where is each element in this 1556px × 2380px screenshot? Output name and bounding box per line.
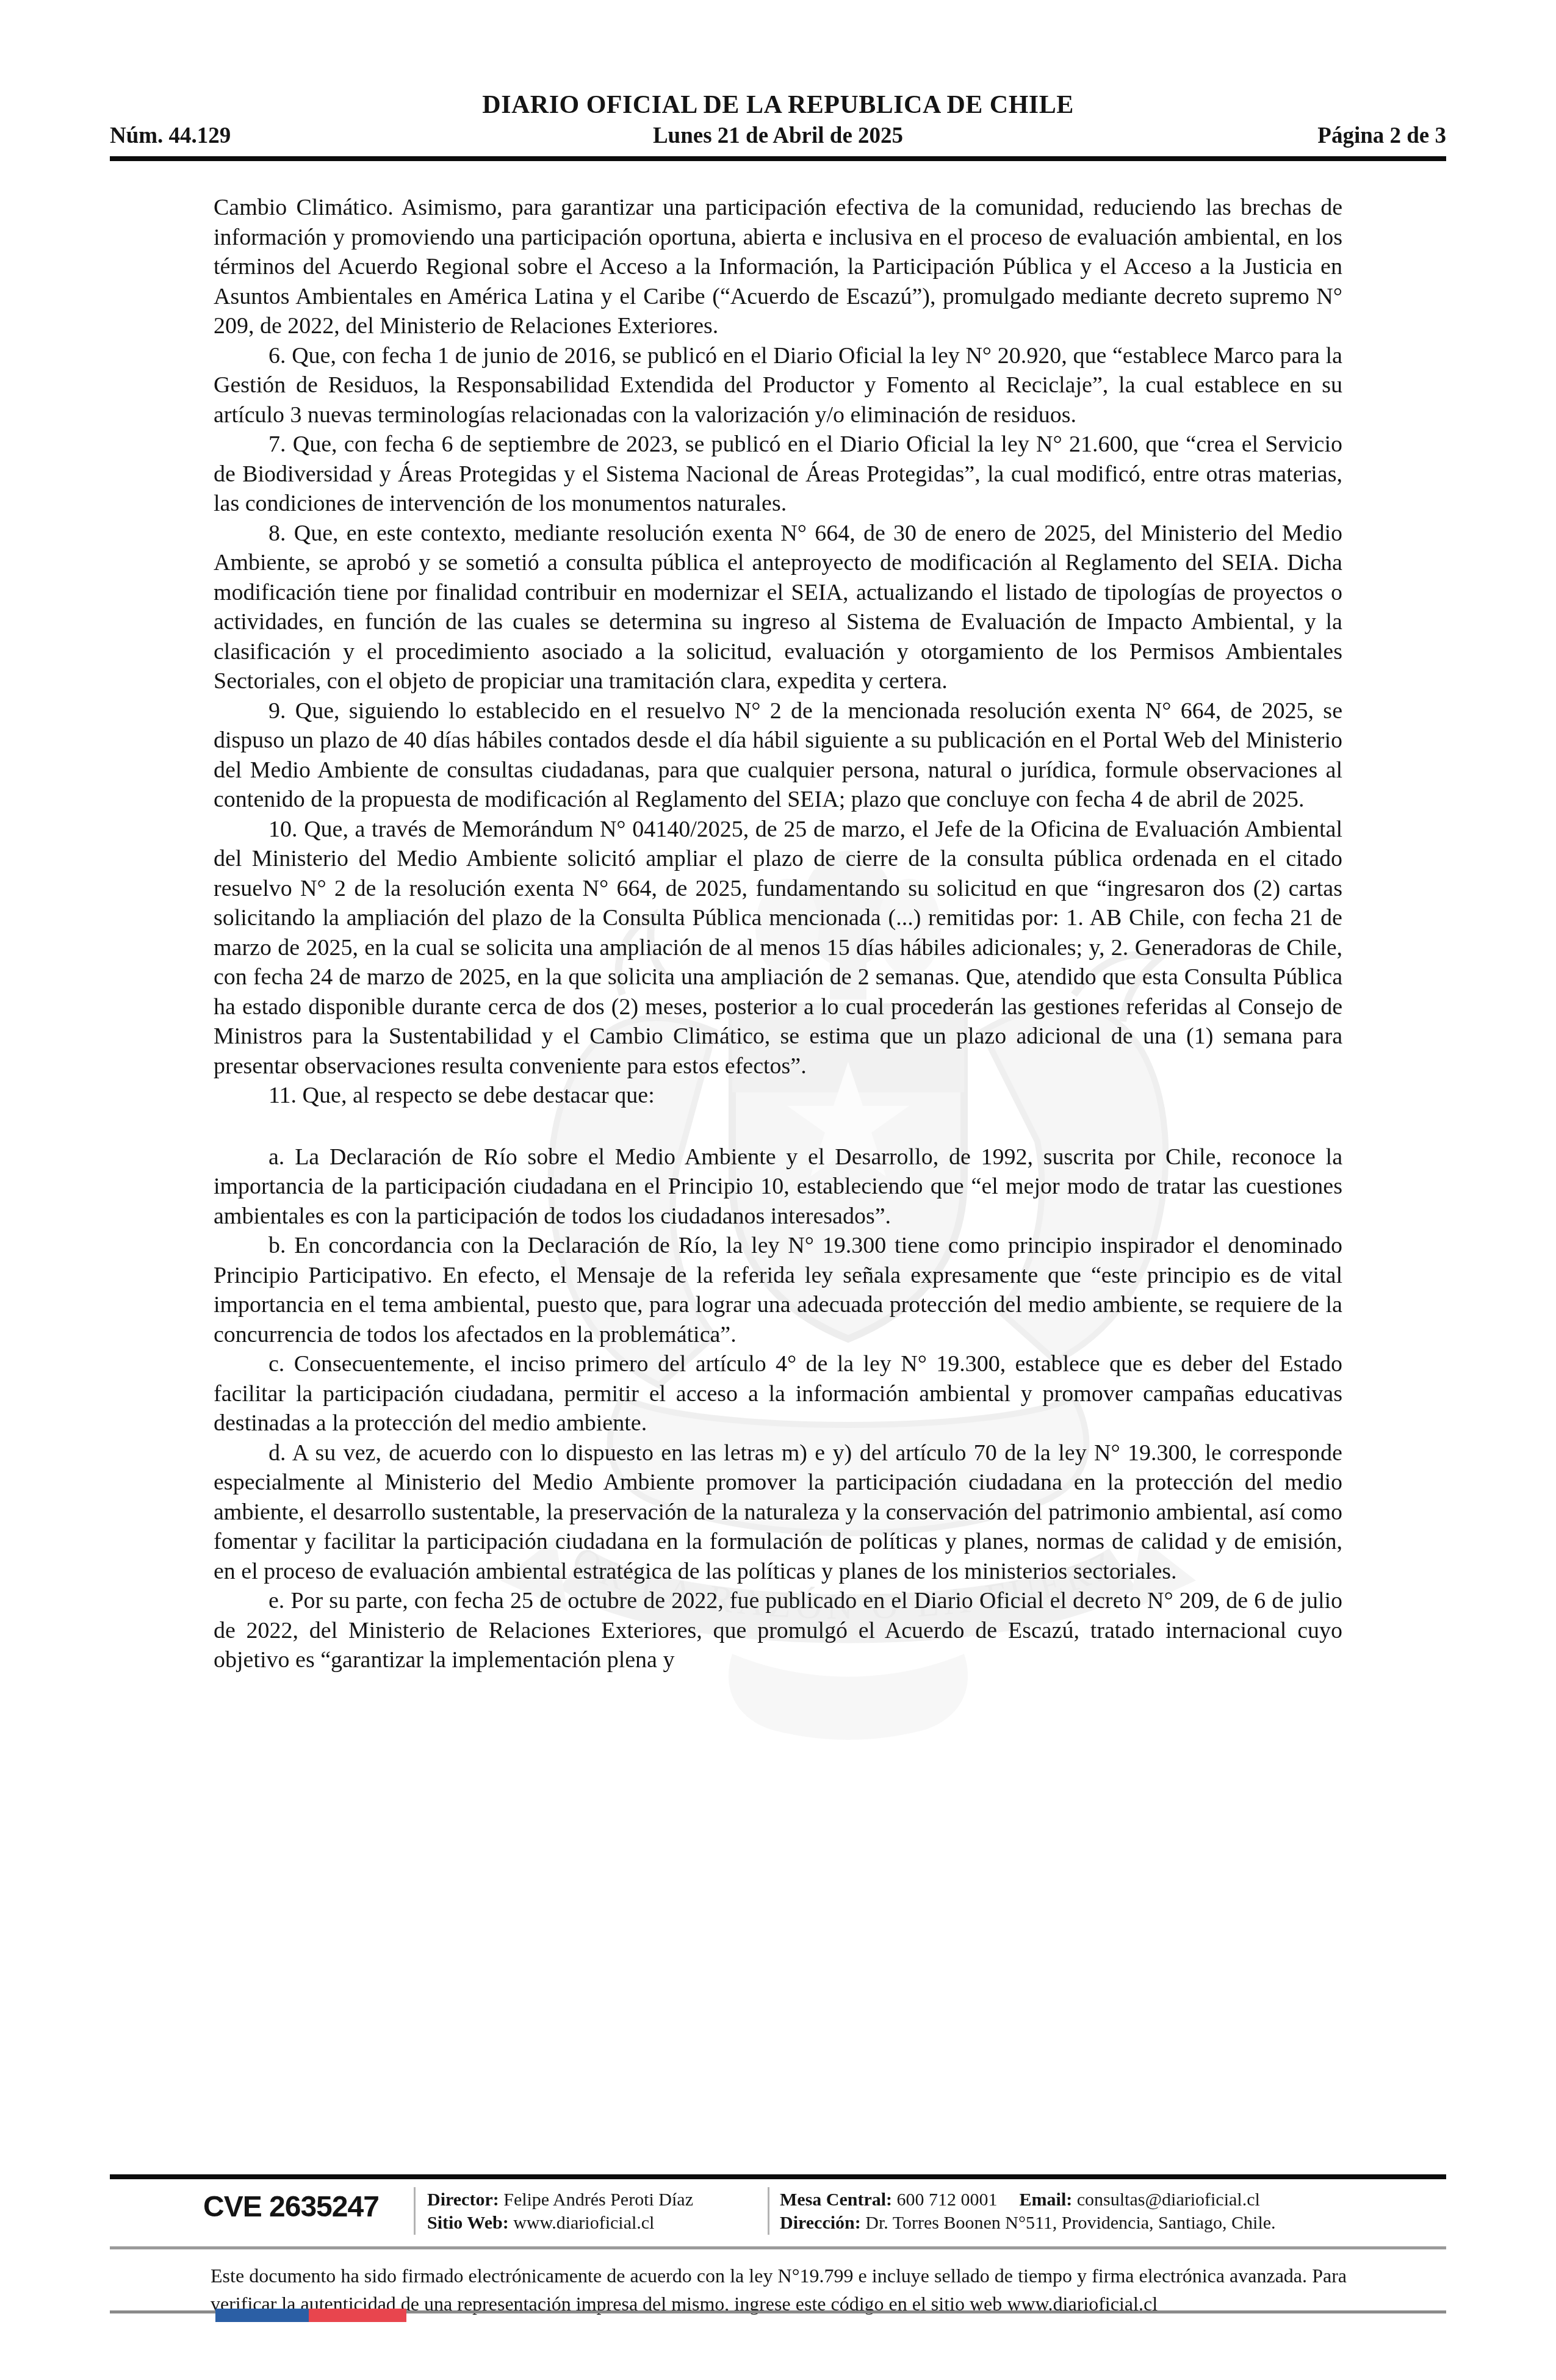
address-value: Dr. Torres Boonen N°511, Providencia, Sa… bbox=[865, 2213, 1275, 2233]
body-paragraph: e. Por su parte, con fecha 25 de octubre… bbox=[214, 1586, 1342, 1675]
body-paragraph: 7. Que, con fecha 6 de septiembre de 202… bbox=[214, 430, 1342, 519]
body-paragraph: 6. Que, con fecha 1 de junio de 2016, se… bbox=[214, 341, 1342, 430]
website-value: www.diarioficial.cl bbox=[513, 2213, 654, 2233]
chile-flag-bar bbox=[215, 2309, 406, 2322]
address-label: Dirección: bbox=[780, 2213, 861, 2233]
body-paragraph: Cambio Climático. Asimismo, para garanti… bbox=[214, 193, 1342, 341]
body-paragraph: 9. Que, siguiendo lo establecido en el r… bbox=[214, 696, 1342, 815]
phone-email-line: Mesa Central: 600 712 0001Email: consult… bbox=[780, 2188, 1276, 2212]
body-paragraph: b. En concordancia con la Declaración de… bbox=[214, 1231, 1342, 1349]
director-label: Director: bbox=[427, 2190, 499, 2210]
body-paragraph: 10. Que, a través de Memorándum N° 04140… bbox=[214, 815, 1342, 1081]
email-label: Email: bbox=[1020, 2190, 1073, 2210]
cve-code: CVE 2635247 bbox=[203, 2190, 379, 2224]
address-line: Dirección: Dr. Torres Boonen N°511, Prov… bbox=[780, 2212, 1276, 2235]
header-rule bbox=[110, 156, 1446, 161]
diario-oficial-page: { "header": { "title": "DIARIO OFICIAL D… bbox=[0, 0, 1556, 2380]
website-line: Sitio Web: www.diarioficial.cl bbox=[427, 2212, 693, 2235]
phone-label: Mesa Central: bbox=[780, 2190, 892, 2210]
phone-value: 600 712 0001 bbox=[897, 2190, 998, 2210]
footer-director-block: Director: Felipe Andrés Peroti Díaz Siti… bbox=[427, 2188, 693, 2235]
footer-divider bbox=[414, 2187, 416, 2235]
footer-top-rule bbox=[110, 2174, 1446, 2179]
body-paragraph: c. Consecuentemente, el inciso primero d… bbox=[214, 1349, 1342, 1438]
email-value: consultas@diarioficial.cl bbox=[1077, 2190, 1260, 2210]
document-body: Cambio Climático. Asimismo, para garanti… bbox=[214, 193, 1342, 1675]
edition-date: Lunes 21 de Abril de 2025 bbox=[110, 123, 1446, 149]
body-paragraph: 11. Que, al respecto se debe destacar qu… bbox=[214, 1081, 1342, 1111]
director-value: Felipe Andrés Peroti Díaz bbox=[503, 2190, 693, 2210]
flag-blue-segment bbox=[215, 2309, 309, 2322]
footer-contact-block: Mesa Central: 600 712 0001Email: consult… bbox=[780, 2188, 1276, 2235]
website-label: Sitio Web: bbox=[427, 2213, 509, 2233]
body-paragraph: 8. Que, en este contexto, mediante resol… bbox=[214, 519, 1342, 696]
masthead-title: DIARIO OFICIAL DE LA REPUBLICA DE CHILE bbox=[0, 90, 1556, 120]
disclaimer-top-rule bbox=[110, 2246, 1446, 2249]
body-paragraph: a. La Declaración de Río sobre el Medio … bbox=[214, 1142, 1342, 1231]
body-paragraph: d. A su vez, de acuerdo con lo dispuesto… bbox=[214, 1438, 1342, 1587]
header-row: Núm. 44.129 Lunes 21 de Abril de 2025 Pá… bbox=[110, 123, 1446, 149]
flag-red-segment bbox=[309, 2309, 406, 2322]
footer-divider bbox=[768, 2187, 769, 2235]
director-line: Director: Felipe Andrés Peroti Díaz bbox=[427, 2188, 693, 2212]
